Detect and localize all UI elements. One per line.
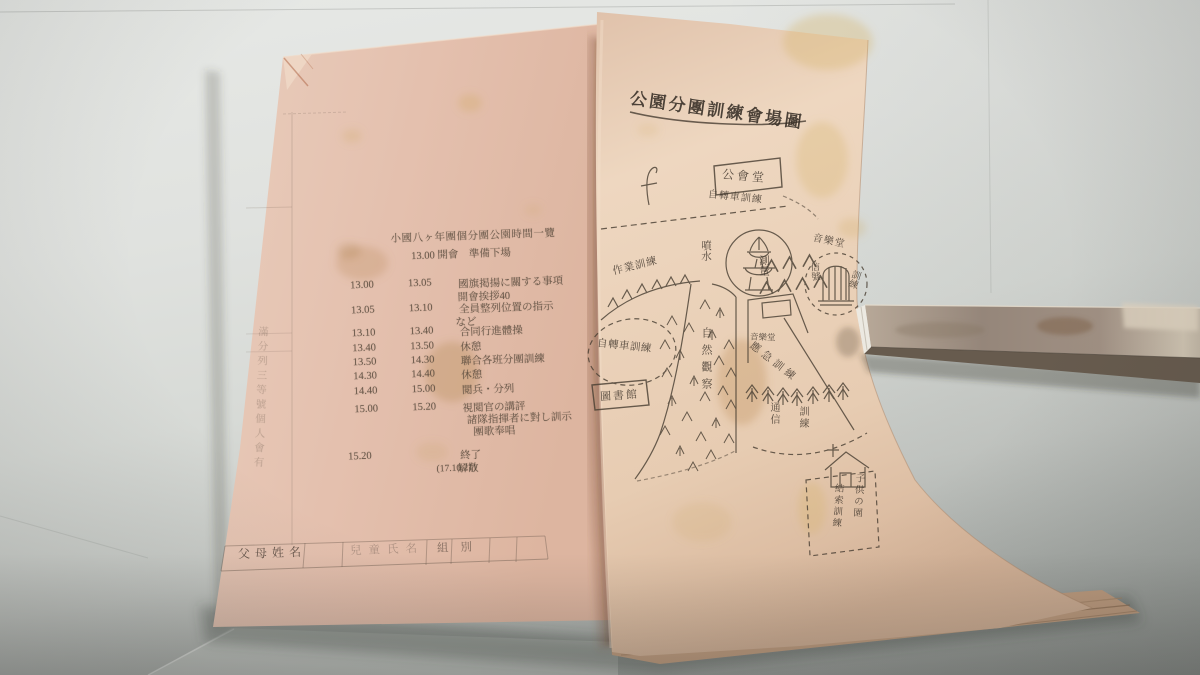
label-signal: 信號: [806, 262, 822, 295]
activity: 合同行進體操: [460, 322, 523, 339]
form-label-group: 組別: [437, 538, 485, 556]
activity: 休憩: [461, 367, 483, 383]
label-communication-training: 訓練: [795, 406, 810, 442]
photo-of-open-booklet: 滿分列三等號個人會有 小國八ヶ年團個分團公園時間一覽 13.00 開會 準備下場…: [0, 0, 1200, 675]
label-library: 圖書館: [599, 386, 639, 405]
schedule-row: 13.05 13.10 全員整列位置の指示: [351, 298, 554, 320]
label-communication: 通信: [766, 402, 781, 436]
date-note: (17.10.21): [436, 463, 476, 474]
time-start: 13.00: [350, 278, 408, 295]
time-end: 13.10: [409, 302, 459, 319]
time-end: 15.20: [412, 400, 462, 417]
activity-cont: 團歌奉唱: [473, 423, 515, 439]
time-start: 13.05: [351, 303, 409, 320]
time-end: 15.00: [412, 383, 462, 400]
form-label-parents-name: 父母姓名: [238, 543, 307, 562]
handwritten-schedule: 小國八ヶ年團個分團公園時間一覽 13.00 開會 準備下場 13.00 13.0…: [330, 216, 600, 515]
label-surveying: 測量: [756, 255, 771, 291]
time-end: 13.40: [410, 325, 460, 342]
form-label-child-name: 兒童氏名: [350, 540, 425, 559]
label-nature-observation: 自然觀察: [698, 327, 714, 413]
metal-bar: [836, 303, 1200, 398]
schedule-subheading: 13.00 開會 準備下場: [411, 245, 511, 263]
time-start: 14.40: [354, 384, 412, 401]
activity: 聯合各班分團訓練: [461, 351, 545, 369]
time-end: 13.05: [408, 277, 458, 294]
activity: 閲兵・分列: [462, 381, 515, 398]
time-start: 15.00: [354, 402, 412, 419]
schedule-heading: 小國八ヶ年團個分團公園時間一覽: [390, 225, 555, 246]
label-fountain: 噴水: [698, 240, 713, 280]
time-start: 15.20: [348, 451, 372, 463]
